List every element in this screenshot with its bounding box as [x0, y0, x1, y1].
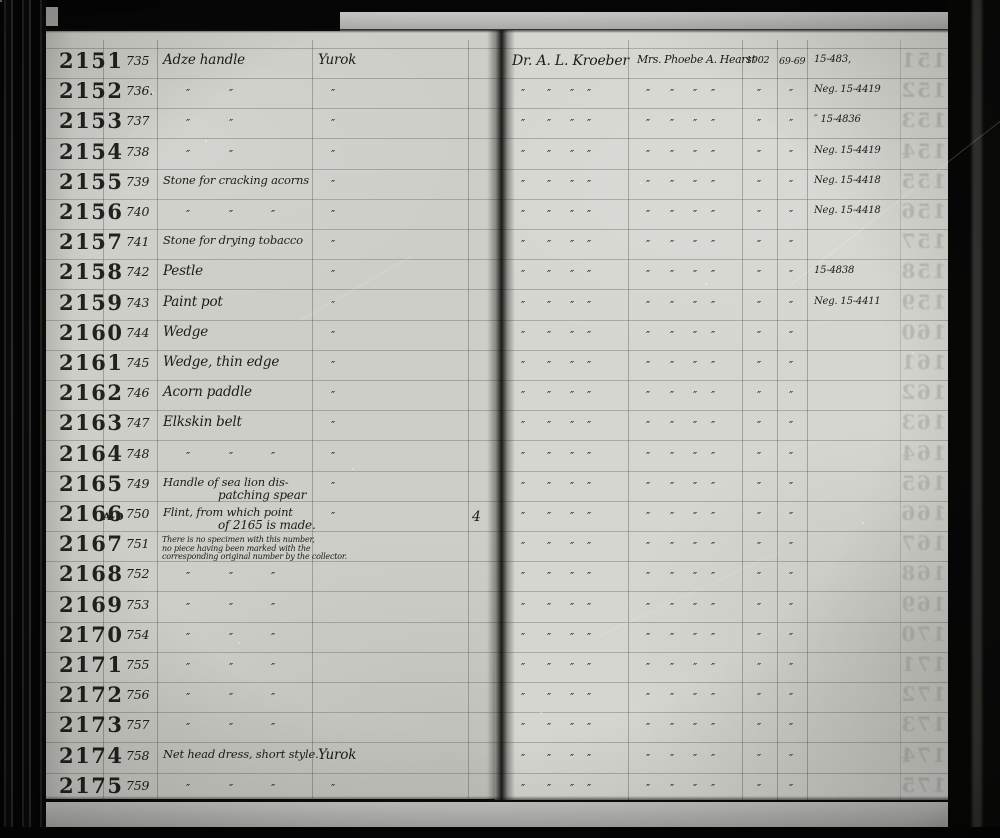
- vignette: [0, 0, 1000, 838]
- ledger-photo: 2151735Adze handleYurokDr. A. L. Kroeber…: [0, 0, 1000, 838]
